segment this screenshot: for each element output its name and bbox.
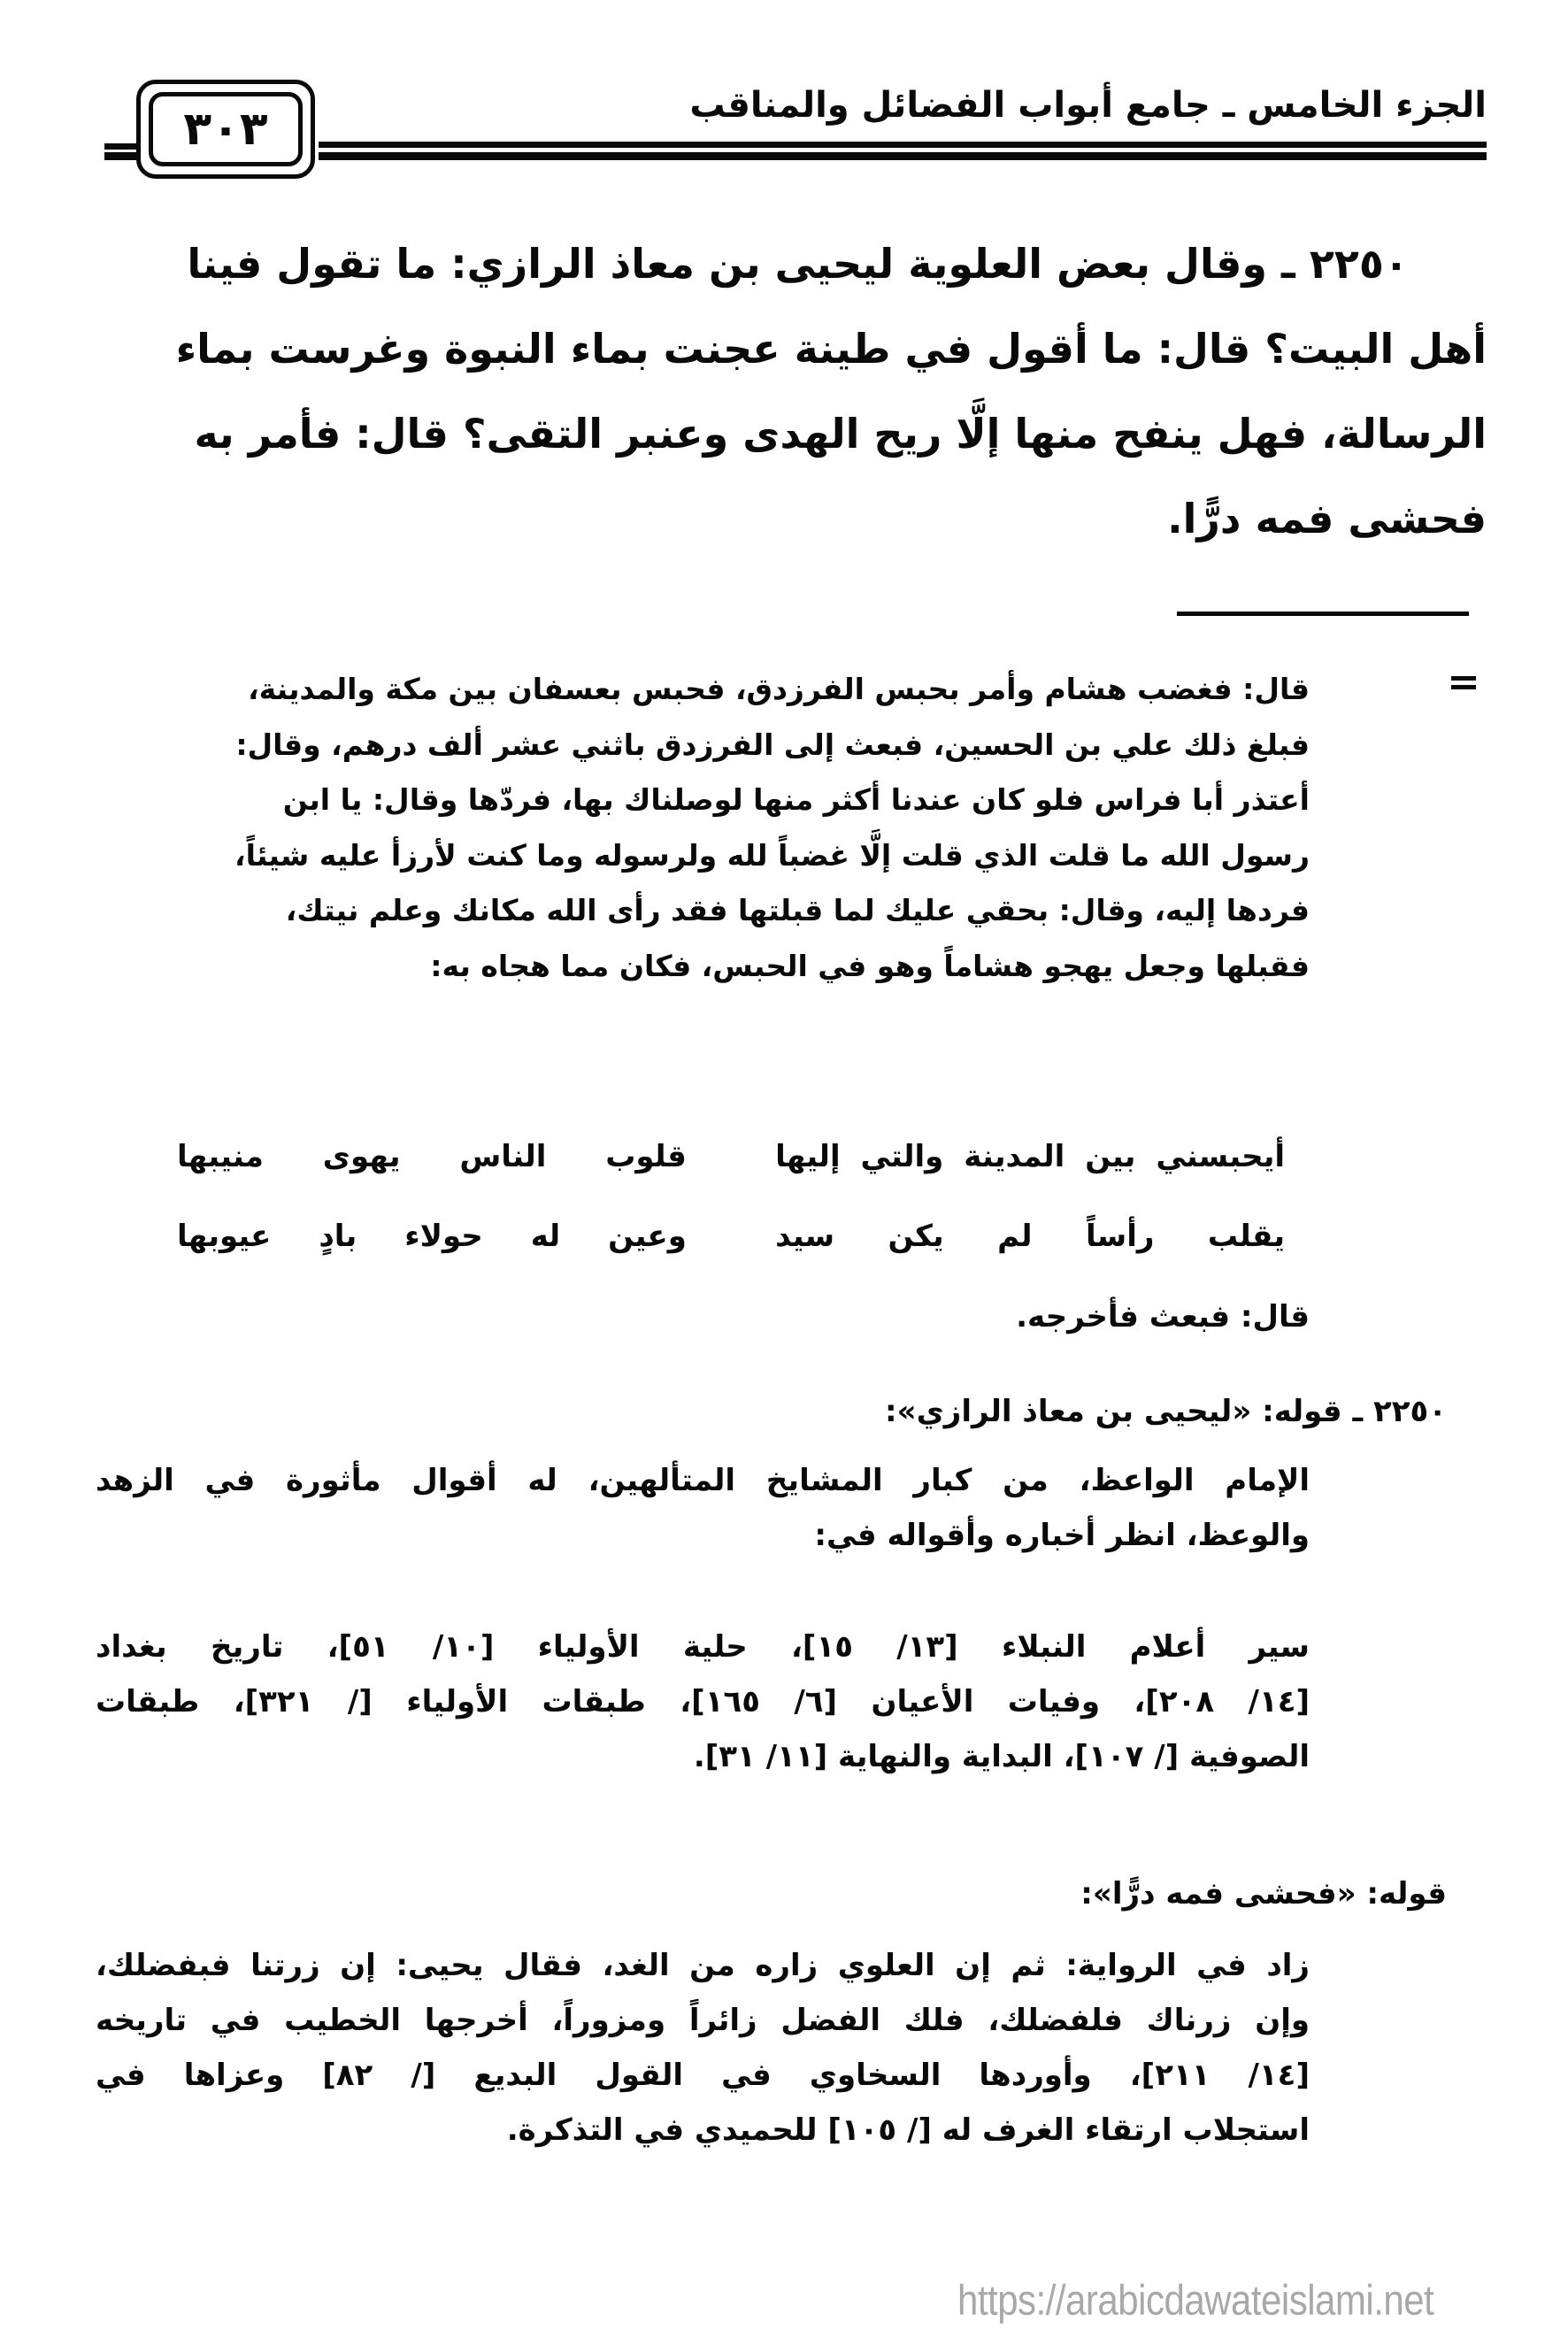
continuation-mark-icon — [1451, 674, 1476, 694]
footnote-line: فقبلها وجعل يهجو هشاماً وهو في الحبس، فك… — [96, 939, 1310, 995]
main-text-line: الرسالة، فهل ينفح منها إلَّا ريح الهدى و… — [96, 391, 1487, 476]
commentary-heading: قوله: «فحشى فمه درًّا»: — [1080, 1876, 1447, 1912]
page-number-frame: ٣٠٣ — [136, 80, 315, 179]
commentary-line: سير أعلام النبلاء [١٣/ ١٥]، حلية الأوليا… — [96, 1619, 1310, 1674]
main-text: ٢٢٥٠ ـ وقال بعض العلوية ليحيى بن معاذ ال… — [96, 221, 1487, 561]
poem-second-hemistich: وعين له حولاء بادٍ عيوبها — [177, 1219, 687, 1254]
commentary-line: الإمام الواعظ، من كبار المشايخ المتألهين… — [96, 1453, 1310, 1508]
poem-first-hemistich: أيحبسني بين المدينة والتي إليها — [775, 1139, 1285, 1174]
main-text-line: أهل البيت؟ قال: ما أقول في طينة عجنت بما… — [96, 306, 1487, 391]
commentary-heading: ٢٢٥٠ ـ قوله: «ليحيى بن معاذ الرازي»: — [885, 1394, 1447, 1429]
footnote-line: رسول الله ما قلت الذي قلت إلَّا غضباً لل… — [96, 828, 1310, 884]
poem-first-hemistich: يقلب رأساً لم يكن سيد — [775, 1219, 1285, 1254]
main-text-line: فحشى فمه درًّا. — [96, 476, 1487, 561]
header-rule-left-top — [104, 143, 138, 150]
commentary-line: وإن زرناك فلفضلك، فلك الفضل زائراً ومزور… — [96, 1993, 1310, 2048]
footnote-line: أعتذر أبا فراس فلو كان عندنا أكثر منها ل… — [96, 773, 1310, 828]
commentary-line: زاد في الرواية: ثم إن العلوي زاره من الغ… — [96, 1938, 1310, 1993]
poem: أيحبسني بين المدينة والتي إليها قلوب الن… — [177, 1117, 1285, 1276]
commentary-line: استجلاب ارتقاء الغرف له [/ ١٠٥] للحميدي … — [96, 2103, 1310, 2158]
watermark-url: https://arabicdawateislami.net — [957, 2276, 1433, 2325]
poem-verse: أيحبسني بين المدينة والتي إليها قلوب الن… — [177, 1117, 1285, 1196]
main-text-line: ٢٢٥٠ ـ وقال بعض العلوية ليحيى بن معاذ ال… — [96, 221, 1487, 306]
footnote-line: قال: فغضب هشام وأمر بحبس الفرزدق، فحبس ب… — [96, 662, 1310, 718]
commentary-line: الصوفية [/ ١٠٧]، البداية والنهاية [١١/ ٣… — [96, 1729, 1310, 1784]
footnote-closing: قال: فبعث فأخرجه. — [1016, 1299, 1310, 1335]
commentary-line: [١٤/ ٢١١]، وأوردها السخاوي في القول البد… — [96, 2048, 1310, 2103]
poem-second-hemistich: قلوب الناس يهوى منيبها — [177, 1139, 687, 1174]
footnote-line: فردها إليه، وقال: بحقي عليك لما قبلتها ف… — [96, 883, 1310, 939]
footnote-text: قال: فغضب هشام وأمر بحبس الفرزدق، فحبس ب… — [96, 662, 1310, 994]
footnote-separator — [1177, 612, 1469, 616]
footnote-line: فبلغ ذلك علي بن الحسين، فبعث إلى الفرزدق… — [96, 718, 1310, 773]
commentary-paragraph: الإمام الواعظ، من كبار المشايخ المتألهين… — [96, 1453, 1310, 1563]
header-rule-bottom — [319, 152, 1487, 160]
commentary-paragraph: زاد في الرواية: ثم إن العلوي زاره من الغ… — [96, 1938, 1310, 2158]
header-rule-top — [319, 142, 1487, 148]
poem-verse: يقلب رأساً لم يكن سيد وعين له حولاء بادٍ… — [177, 1196, 1285, 1276]
commentary-line: [١٤/ ٢٠٨]، وفيات الأعيان [٦/ ١٦٥]، طبقات… — [96, 1674, 1310, 1729]
header-rule-left-bottom — [104, 152, 138, 160]
page-number: ٣٠٣ — [149, 92, 303, 166]
commentary-references: سير أعلام النبلاء [١٣/ ١٥]، حلية الأوليا… — [96, 1619, 1310, 1784]
running-title: الجزء الخامس ـ جامع أبواب الفضائل والمنا… — [689, 85, 1487, 126]
commentary-line: والوعظ، انظر أخباره وأقواله في: — [96, 1508, 1310, 1563]
